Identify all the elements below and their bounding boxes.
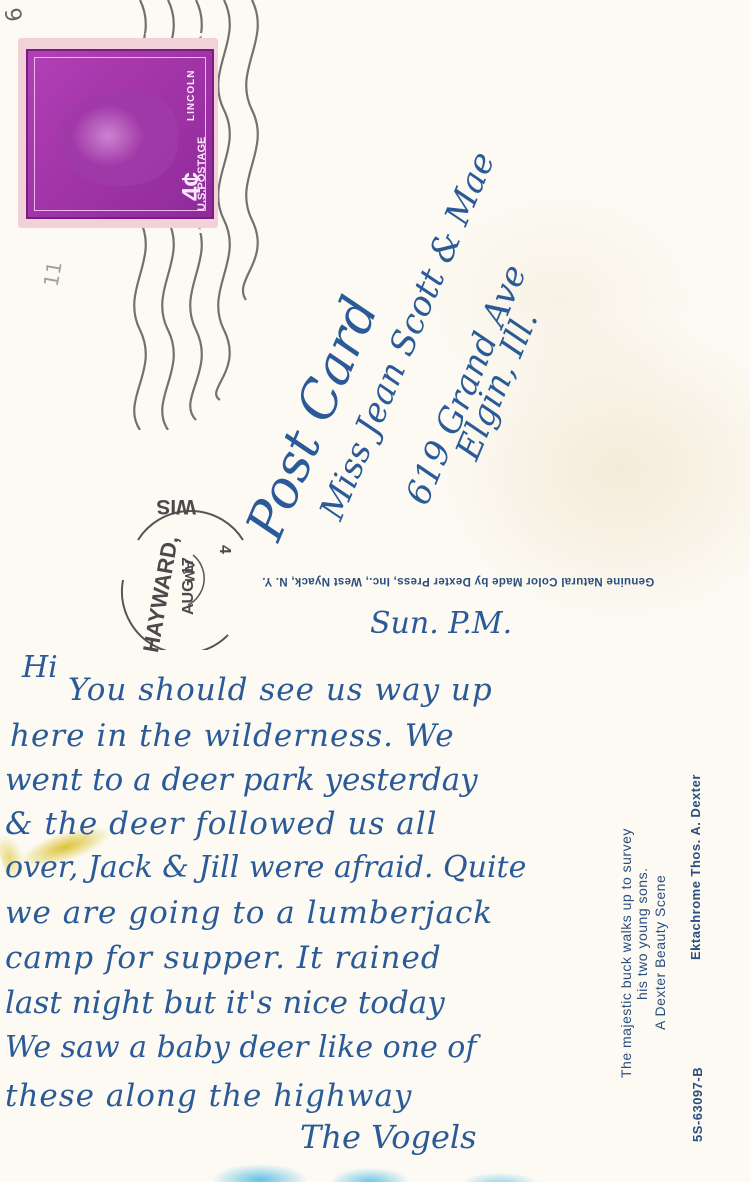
message-line: these along the highway bbox=[5, 1078, 412, 1114]
message-line: here in the wilderness. We bbox=[10, 718, 455, 754]
message-line: You should see us way up bbox=[68, 672, 493, 708]
message-line: last night but it's nice today bbox=[5, 985, 445, 1021]
card-code: 5S-63097-B bbox=[690, 1067, 705, 1142]
message-line: went to a deer park yesterday bbox=[5, 762, 478, 798]
message-line: we are going to a lumberjack bbox=[5, 895, 493, 931]
pencil-mark-side: 11 bbox=[39, 259, 67, 288]
message-line: camp for supper. It rained bbox=[5, 940, 442, 976]
caption-credit: Ektachrome Thos. A. Dexter bbox=[688, 774, 703, 960]
pencil-mark-corner: 6 bbox=[1, 5, 28, 23]
postmark-state: WIS bbox=[156, 494, 196, 518]
message-line: over, Jack & Jill were afraid. Quite bbox=[5, 850, 526, 885]
message-greeting: Hi bbox=[22, 650, 58, 685]
message-line: We saw a baby deer like one of bbox=[5, 1030, 476, 1065]
message-line: & the deer followed us all bbox=[5, 806, 438, 842]
stamp-country: U.S.POSTAGE bbox=[196, 137, 208, 211]
caption-line-3: A Dexter Beauty Scene bbox=[652, 875, 668, 1030]
postmark-time: AM bbox=[182, 560, 198, 582]
message-signature: The Vogels bbox=[300, 1118, 477, 1156]
caption-line-1: The majestic buck walks up to survey bbox=[618, 828, 634, 1078]
stamp-name: LINCOLN bbox=[186, 70, 197, 121]
caption-line-2: his two young sons. bbox=[634, 868, 650, 1000]
lincoln-portrait-icon bbox=[58, 91, 178, 186]
postage-stamp: LINCOLN 4¢ U.S.POSTAGE bbox=[18, 38, 218, 228]
publisher-line: Genuine Natural Color Made by Dexter Pre… bbox=[262, 575, 654, 587]
postcard-back: LINCOLN 4¢ U.S.POSTAGE 6 11 HAYWARD, WIS… bbox=[0, 0, 750, 1182]
message-dateline: Sun. P.M. bbox=[370, 606, 512, 641]
postmark-number: 4 bbox=[215, 545, 233, 554]
